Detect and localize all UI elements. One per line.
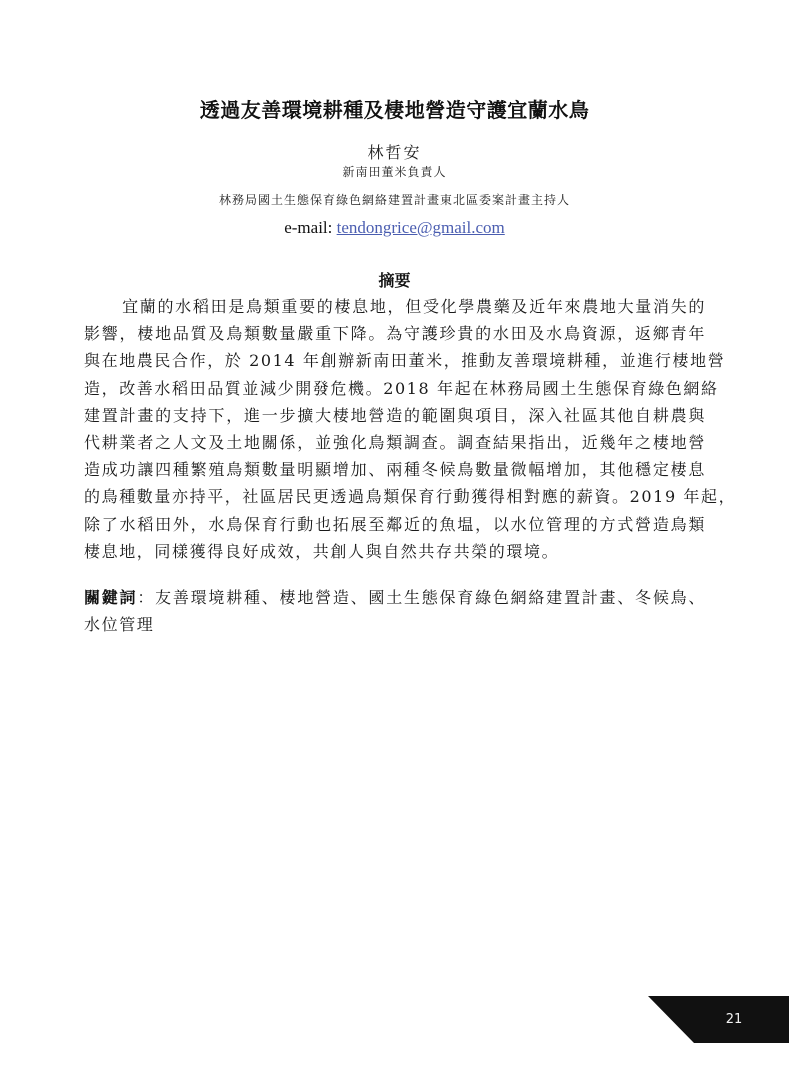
abstract-line: 與在地農民合作，於 2014 年創辦新南田董米，推動友善環境耕種，並進行棲地營: [84, 347, 706, 374]
abstract-line: 代耕業者之人文及土地關係，並強化鳥類調查。調查結果指出，近幾年之棲地營: [84, 429, 706, 456]
abstract-heading: 摘要: [0, 270, 789, 292]
abstract-line: 的鳥種數量亦持平，社區居民更透過鳥類保育行動獲得相對應的薪資。2019 年起，: [84, 483, 706, 510]
affiliation-1: 新南田董米負責人: [0, 163, 789, 181]
keywords-separator: ：: [137, 588, 155, 607]
abstract-line: 除了水稻田外，水鳥保育行動也拓展至鄰近的魚塭，以水位管理的方式營造鳥類: [84, 511, 706, 538]
author-name: 林哲安: [0, 142, 789, 164]
keywords-list: 友善環境耕種、棲地營造、國土生態保育綠色網絡建置計畫、冬候鳥、: [155, 588, 706, 607]
paper-title: 透過友善環境耕種及棲地營造守護宜蘭水鳥: [0, 97, 789, 123]
page-number: 21: [694, 996, 774, 1043]
abstract-body: 宜蘭的水稻田是鳥類重要的棲息地，但受化學農藥及近年來農地大量消失的 影響，棲地品…: [84, 293, 706, 565]
keywords-line-1: 關鍵詞：友善環境耕種、棲地營造、國土生態保育綠色網絡建置計畫、冬候鳥、: [84, 584, 706, 611]
email-line: e-mail: tendongrice@gmail.com: [0, 217, 789, 239]
abstract-line: 造成功讓四種繁殖鳥類數量明顯增加、兩種冬候鳥數量微幅增加，其他穩定棲息: [84, 456, 706, 483]
email-label: e-mail:: [284, 218, 336, 237]
keywords-section: 關鍵詞：友善環境耕種、棲地營造、國土生態保育綠色網絡建置計畫、冬候鳥、 水位管理: [84, 584, 706, 638]
keywords-label: 關鍵詞: [84, 588, 137, 607]
keywords-line-2: 水位管理: [84, 611, 706, 638]
abstract-line: 造，改善水稻田品質並減少開發危機。2018 年起在林務局國土生態保育綠色網絡: [84, 375, 706, 402]
abstract-line: 宜蘭的水稻田是鳥類重要的棲息地，但受化學農藥及近年來農地大量消失的: [84, 293, 706, 320]
email-link[interactable]: tendongrice@gmail.com: [337, 218, 505, 237]
abstract-line: 影響，棲地品質及鳥類數量嚴重下降。為守護珍貴的水田及水鳥資源，返鄉青年: [84, 320, 706, 347]
affiliation-2: 林務局國土生態保育綠色網絡建置計畫東北區委案計畫主持人: [0, 191, 789, 209]
abstract-line: 建置計畫的支持下，進一步擴大棲地營造的範圍與項目，深入社區其他自耕農與: [84, 402, 706, 429]
abstract-line: 棲息地，同樣獲得良好成效，共創人與自然共存共榮的環境。: [84, 538, 706, 565]
document-page: 透過友善環境耕種及棲地營造守護宜蘭水鳥 林哲安 新南田董米負責人 林務局國土生態…: [0, 0, 789, 1080]
